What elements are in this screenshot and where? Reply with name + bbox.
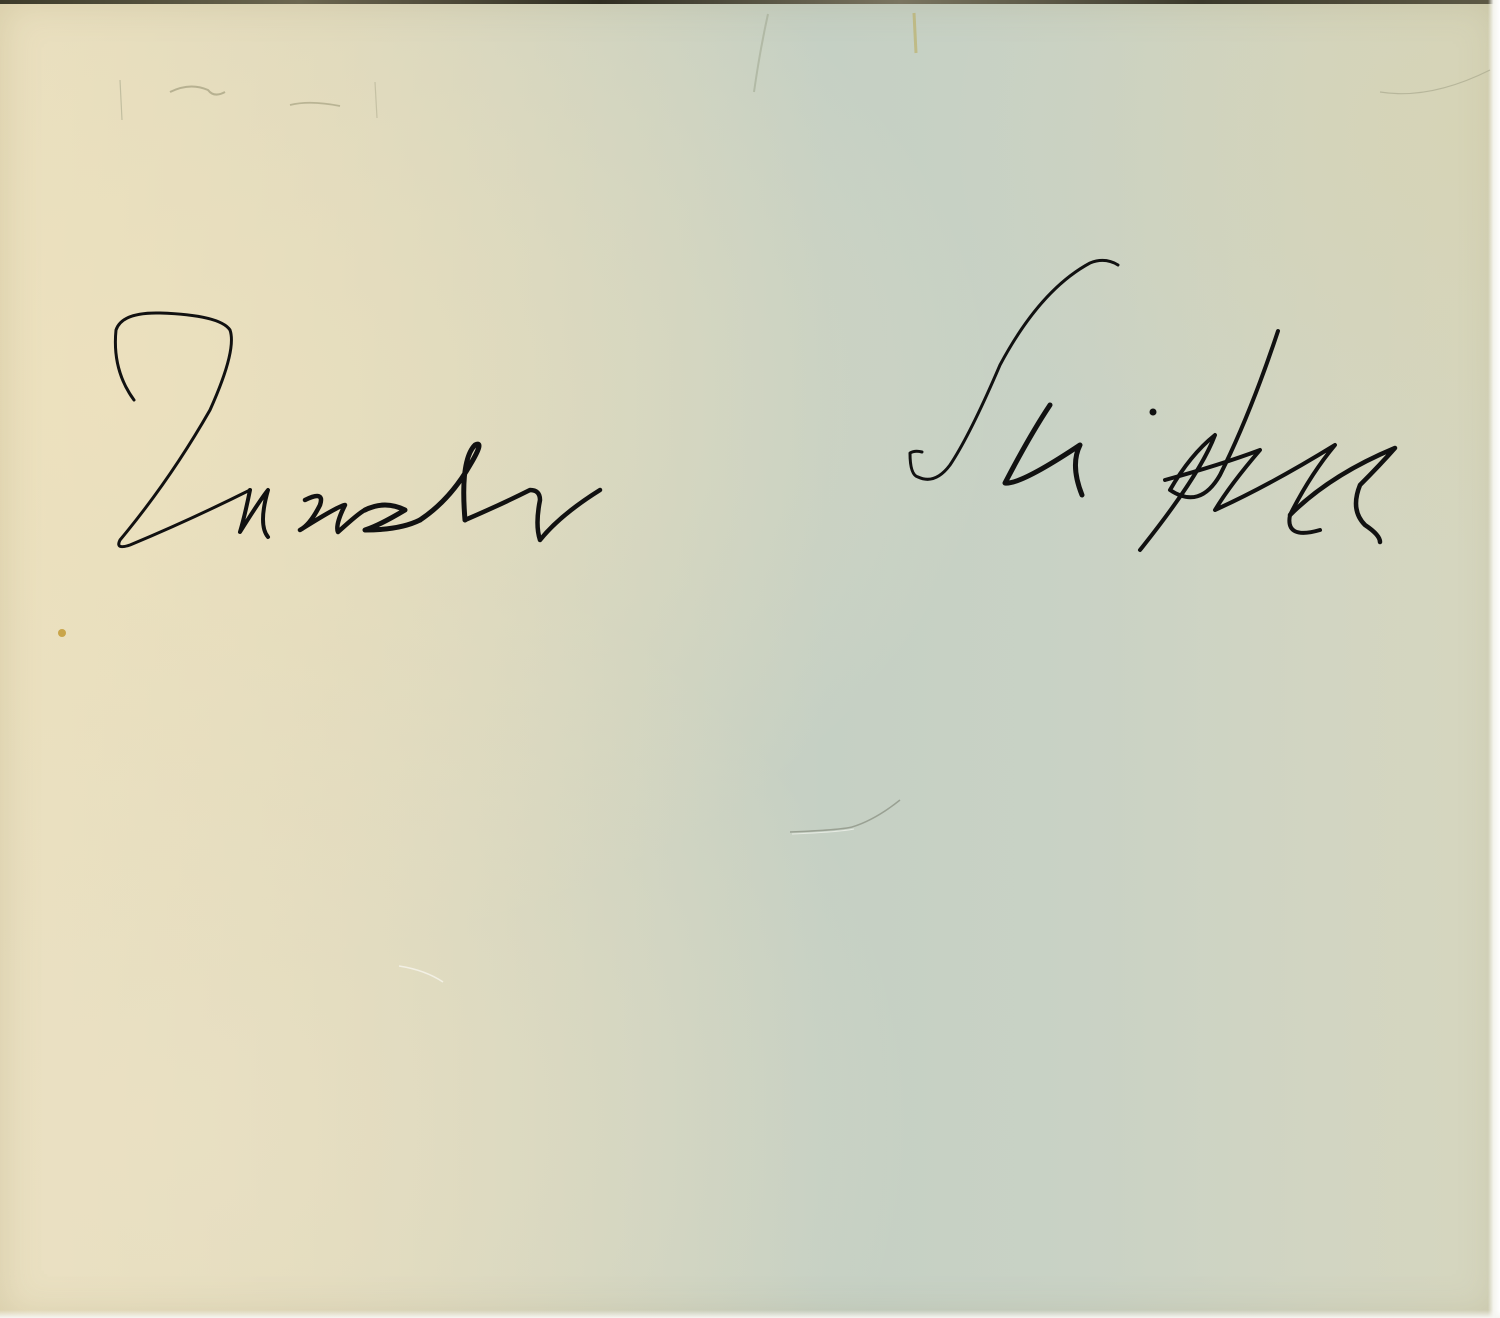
stain-streak-yellow	[900, 5, 930, 65]
title-word-zwischen: Zwischen	[100, 300, 700, 565]
handwriting-stuhle	[890, 245, 1410, 565]
paper-scratch	[395, 960, 455, 990]
paper-crease	[780, 790, 920, 850]
title-word-stuhle: Stühle	[890, 245, 1410, 570]
cover-top-edge	[0, 0, 1500, 4]
cover-right-edge	[1488, 0, 1500, 1318]
i-dot	[1150, 409, 1157, 416]
pencil-marks	[110, 70, 410, 130]
book-cover: Zwischen Stühle	[0, 0, 1500, 1318]
handwriting-zwischen	[100, 300, 700, 560]
stain-streak	[740, 10, 780, 100]
ink-spot	[58, 629, 66, 637]
cover-bottom-edge	[0, 1310, 1500, 1318]
corner-curl	[1380, 60, 1500, 110]
